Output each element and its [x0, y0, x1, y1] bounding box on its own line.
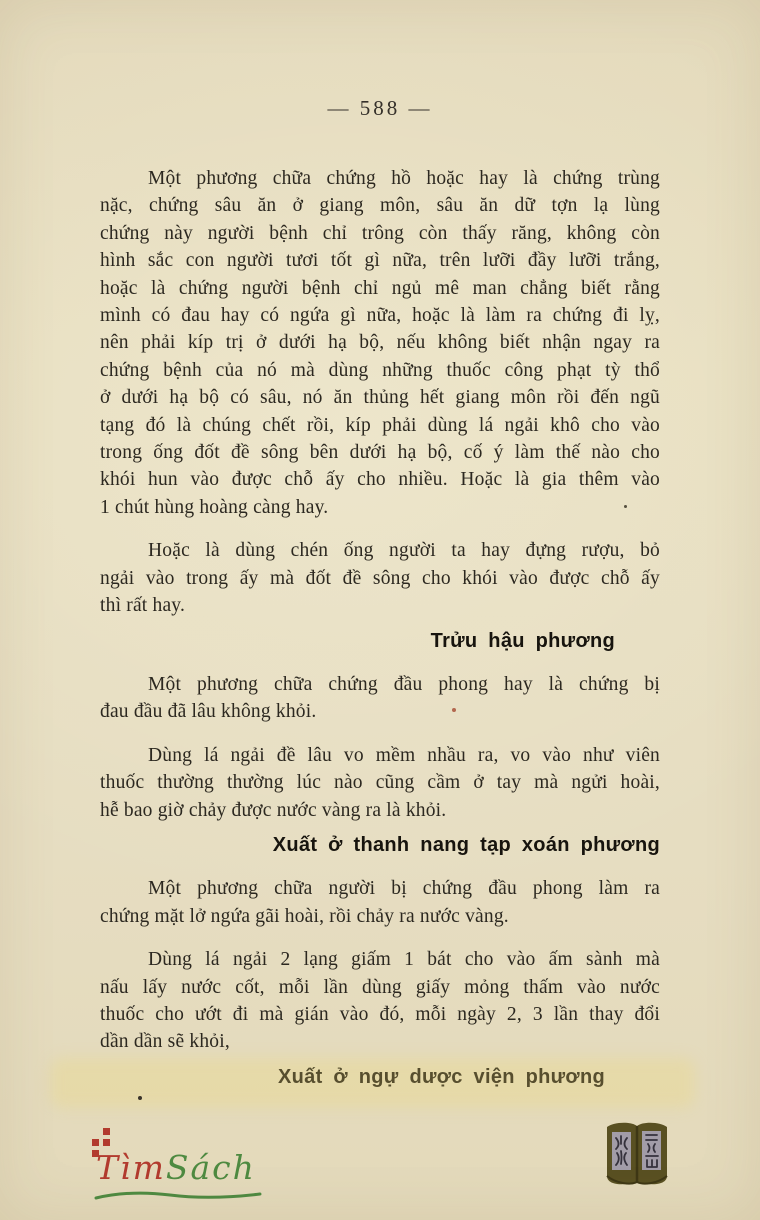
paragraph: Dùng lá ngải đề lâu vo mềm nhầu ra, vo v… — [100, 742, 660, 824]
scan-discoloration-band — [50, 1058, 695, 1108]
text-line: tạng đó là chúng chết rồi, kíp phải dùng… — [100, 412, 660, 439]
text-line: Hoặc là dùng chén ống người ta hay đựng … — [100, 537, 660, 564]
paragraph: Dùng lá ngải 2 lạng giấm 1 bát cho vào ấ… — [100, 946, 660, 1056]
watermark-underline-swoosh — [90, 1186, 270, 1206]
text-line: mình có đau hay có ngứa gì nữa, hoặc là … — [100, 302, 660, 329]
text-line: đau đầu đã lâu không khỏi. — [100, 698, 660, 725]
text-line: hoặc là chứng người bệnh chỉ ngủ mê man … — [100, 275, 660, 302]
text-line: nấu lấy nước cốt, mỗi lần dùng giấy mỏng… — [100, 974, 660, 1001]
text-line: 1 chút hùng hoàng càng hay. — [100, 494, 660, 521]
paper-speck — [138, 1096, 142, 1100]
paragraph: Một phương chữa chứng đầu phong hay là c… — [100, 671, 660, 726]
timsach-watermark: TìmSách — [88, 1128, 278, 1208]
text-line: chứng mặt lở ngứa gãi hoài, rồi chảy ra … — [100, 903, 660, 930]
text-line: thuốc thường thường lúc nào cũng cầm ở t… — [100, 769, 660, 796]
paragraph: Một phương chữa chứng hồ hoặc hay là chứ… — [100, 165, 660, 521]
text-line: dần dần sẽ khỏi, — [100, 1028, 660, 1055]
watermark-text-tim: Tìm — [96, 1148, 166, 1187]
watermark-text: TìmSách — [96, 1148, 256, 1187]
paragraph: Hoặc là dùng chén ống người ta hay đựng … — [100, 537, 660, 619]
text-line: Một phương chữa chứng hồ hoặc hay là chứ… — [100, 165, 660, 192]
text-line: thuốc cho ướt đi mà gián vào đó, mỗi ngà… — [100, 1001, 660, 1028]
text-column: Một phương chữa chứng hồ hoặc hay là chứ… — [100, 165, 660, 1101]
section-heading: Xuất ở thanh nang tạp xoán phương — [100, 832, 660, 859]
text-line: ngải vào trong ấy mà đốt đề sông cho khó… — [100, 565, 660, 592]
section-heading: Trửu hậu phương — [100, 628, 660, 655]
page-number: — 588 — — [100, 96, 660, 121]
text-line: Một phương chữa chứng đầu phong hay là c… — [100, 671, 660, 698]
text-line: Dùng lá ngải 2 lạng giấm 1 bát cho vào ấ… — [100, 946, 660, 973]
text-line: hễ bao giờ chảy được nước vàng ra là khỏ… — [100, 797, 660, 824]
text-line: hình sắc con người tươi tốt gì nữa, trên… — [100, 247, 660, 274]
text-line: chứng bệnh của nó mà dùng những thuốc cô… — [100, 357, 660, 384]
text-line: trong ống đốt đề sông bên dưới hạ bộ, cố… — [100, 439, 660, 466]
text-line: khói hun vào được chỗ ấy cho nhiều. Hoặc… — [100, 466, 660, 493]
text-line: Dùng lá ngải đề lâu vo mềm nhầu ra, vo v… — [100, 742, 660, 769]
scanned-book-page: — 588 — Một phương chữa chứng hồ hoặc ha… — [0, 0, 760, 1220]
paper-speck — [452, 708, 456, 712]
text-line: ở dưới hạ bộ có sâu, nó ăn thủng hết gia… — [100, 384, 660, 411]
watermark-text-sach: Sách — [166, 1148, 256, 1187]
text-line: thì rất hay. — [100, 592, 660, 619]
paragraph: Một phương chữa người bị chứng đầu phong… — [100, 875, 660, 930]
text-line: nên phải kíp trị ở dưới hạ bộ, nếu không… — [100, 329, 660, 356]
text-line: Một phương chữa người bị chứng đầu phong… — [100, 875, 660, 902]
text-line: chứng này người bệnh chỉ trông còn thấy … — [100, 220, 660, 247]
open-book-seal-icon — [603, 1120, 671, 1192]
text-line: nặc, chứng sâu ăn ở giang môn, sâu ăn dữ… — [100, 192, 660, 219]
paper-speck — [624, 505, 627, 508]
